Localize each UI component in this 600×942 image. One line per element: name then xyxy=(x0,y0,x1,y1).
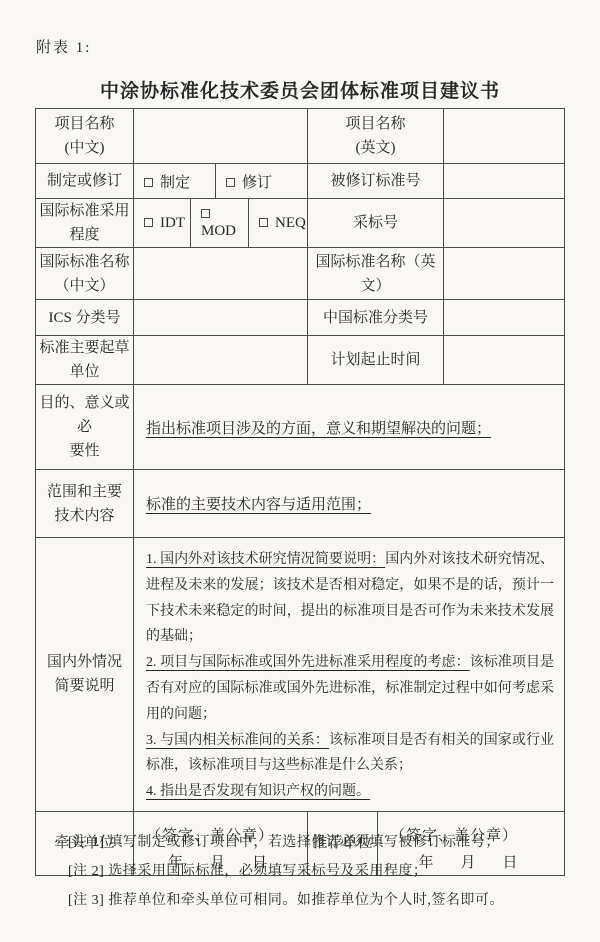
intl-std-name-cn-value-cell xyxy=(134,248,308,300)
page-title: 中涂协标准化技术委员会团体标准项目建议书 xyxy=(0,76,600,103)
project-name-cn-value-cell xyxy=(134,109,308,164)
drafting-unit-value-cell xyxy=(134,336,308,385)
ics-value-cell xyxy=(134,300,308,336)
planned-time-label: 计划起止时间 xyxy=(308,336,444,385)
overview-label: 国内外情况 简要说明 xyxy=(36,538,134,812)
overview-item-4: 4. 指出是否发现有知识产权的问题。 xyxy=(146,779,554,805)
adoption-no-label: 采标号 xyxy=(308,199,444,248)
checkbox-revise: 修订 xyxy=(216,164,308,199)
footnote-3: [注 3] 推荐单位和牵头单位可相同。如推荐单位为个人时,签名即可。 xyxy=(68,886,568,915)
project-name-en-label: 项目名称 (英文) xyxy=(308,109,444,164)
row-overview: 国内外情况 简要说明 1. 国内外对该技术研究情况简要说明：国内外对该技术研究情… xyxy=(36,538,565,812)
checkbox-revise-icon xyxy=(226,178,235,187)
cn-std-class-label: 中国标准分类号 xyxy=(308,300,444,336)
row-develop-or-revise: 制定或修订 制定 修订 被修订标准号 xyxy=(36,164,565,199)
intl-std-name-cn-label: 国际标准名称 （中文） xyxy=(36,248,134,300)
scope-hint-text: 标准的主要技术内容与适用范围； xyxy=(146,497,371,513)
checkbox-neq: NEQ xyxy=(249,199,308,248)
overview-item-4-lead: 4. 指出是否发现有知识产权的问题。 xyxy=(146,784,370,799)
overview-item-2: 2. 项目与国际标准或国外先进标准采用程度的考虑：该标准项目是否有对应的国际标准… xyxy=(146,650,554,727)
checkbox-idt-label: IDT xyxy=(160,215,185,231)
row-project-name: 项目名称 (中文) 项目名称 (英文) xyxy=(36,109,565,164)
overview-item-1-lead: 1. 国内外对该技术研究情况简要说明： xyxy=(146,552,385,567)
planned-time-value-cell xyxy=(444,336,565,385)
overview-item-2-lead: 2. 项目与国际标准或国外先进标准采用程度的考虑： xyxy=(146,655,470,670)
row-drafting-unit: 标准主要起草 单位 计划起止时间 xyxy=(36,336,565,385)
overview-item-1: 1. 国内外对该技术研究情况简要说明：国内外对该技术研究情况、进程及未来的发展；… xyxy=(146,547,554,650)
checkbox-neq-label: NEQ xyxy=(275,215,306,231)
purpose-hint-text: 指出标准项目涉及的方面，意义和期望解决的问题； xyxy=(146,421,491,437)
intl-adoption-label: 国际标准采用 程度 xyxy=(36,199,134,248)
annex-label: 附表 1: xyxy=(36,36,91,57)
row-intl-adoption: 国际标准采用 程度 IDT MOD NEQ 采标号 xyxy=(36,199,565,248)
row-classification: ICS 分类号 中国标准分类号 xyxy=(36,300,565,336)
adoption-no-value-cell xyxy=(444,199,565,248)
checkbox-develop-icon xyxy=(144,178,153,187)
overview-item-3-lead: 3. 与国内相关标准间的关系： xyxy=(146,733,329,748)
ics-label: ICS 分类号 xyxy=(36,300,134,336)
intl-std-name-en-label: 国际标准名称（英 文） xyxy=(308,248,444,300)
checkbox-mod-icon xyxy=(201,209,210,218)
intl-std-name-en-value-cell xyxy=(444,248,565,300)
checkbox-idt: IDT xyxy=(134,199,191,248)
revised-std-no-label: 被修订标准号 xyxy=(308,164,444,199)
row-purpose: 目的、意义或 必 要性 指出标准项目涉及的方面，意义和期望解决的问题； xyxy=(36,385,565,470)
checkbox-neq-icon xyxy=(259,218,268,227)
footnote-2: [注 2] 选择采用国际标准，必须填写采标号及采用程度； xyxy=(68,857,568,886)
footnote-1: [注 1] 填写制定或修订项目中，若选择修订必须填写被修订标准号； xyxy=(68,828,568,857)
overview-item-3: 3. 与国内相关标准间的关系：该标准项目是否有相关的国家或行业标准，该标准项目与… xyxy=(146,728,554,780)
proposal-form-table: 项目名称 (中文) 项目名称 (英文) 制定或修订 制定 修订 被修订标准号 国… xyxy=(35,108,565,876)
checkbox-develop: 制定 xyxy=(134,164,216,199)
drafting-unit-label: 标准主要起草 单位 xyxy=(36,336,134,385)
checkbox-develop-label: 制定 xyxy=(160,175,190,191)
cn-std-class-value-cell xyxy=(444,300,565,336)
footnotes: [注 1] 填写制定或修订项目中，若选择修订必须填写被修订标准号； [注 2] … xyxy=(68,828,568,915)
project-name-en-value-cell xyxy=(444,109,565,164)
purpose-hint-cell: 指出标准项目涉及的方面，意义和期望解决的问题； xyxy=(134,385,565,470)
scope-label: 范围和主要 技术内容 xyxy=(36,470,134,538)
overview-content-cell: 1. 国内外对该技术研究情况简要说明：国内外对该技术研究情况、进程及未来的发展；… xyxy=(134,538,565,812)
revised-std-no-value-cell xyxy=(444,164,565,199)
develop-or-revise-label: 制定或修订 xyxy=(36,164,134,199)
checkbox-idt-icon xyxy=(144,218,153,227)
project-name-cn-label: 项目名称 (中文) xyxy=(36,109,134,164)
checkbox-mod: MOD xyxy=(191,199,249,248)
purpose-label: 目的、意义或 必 要性 xyxy=(36,385,134,470)
row-intl-std-name: 国际标准名称 （中文） 国际标准名称（英 文） xyxy=(36,248,565,300)
checkbox-revise-label: 修订 xyxy=(242,175,272,191)
scope-hint-cell: 标准的主要技术内容与适用范围； xyxy=(134,470,565,538)
checkbox-mod-label: MOD xyxy=(201,223,236,239)
row-scope: 范围和主要 技术内容 标准的主要技术内容与适用范围； xyxy=(36,470,565,538)
